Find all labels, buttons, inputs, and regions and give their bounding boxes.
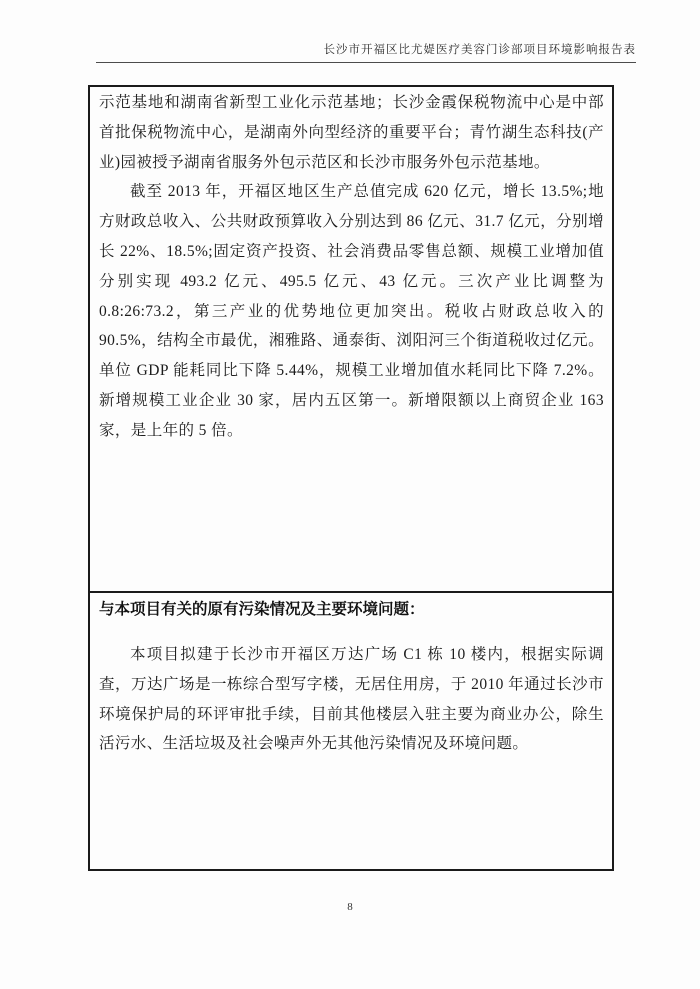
document-title: 长沙市开福区比尤媞医疗美容门诊部项目环境影响报告表 xyxy=(324,44,637,56)
section-existing-pollution-cell: 与本项目有关的原有污染情况及主要环境问题： 本项目拟建于长沙市开福区万达广场 C… xyxy=(90,593,612,869)
regional-overview-paragraph-2: 截至 2013 年，开福区地区生产总值完成 620 亿元，增长 13.5%;地方… xyxy=(99,177,604,445)
page-header: 长沙市开福区比尤媞医疗美容门诊部项目环境影响报告表 xyxy=(96,41,636,63)
regional-overview-paragraph-1: 示范基地和湖南省新型工业化示范基地；长沙金霞保税物流中心是中部首批保税物流中心，… xyxy=(99,88,604,177)
report-page: 长沙市开福区比尤媞医疗美容门诊部项目环境影响报告表 示范基地和湖南省新型工业化示… xyxy=(0,0,700,989)
page-number: 8 xyxy=(0,901,700,913)
existing-pollution-paragraph: 本项目拟建于长沙市开福区万达广场 C1 栋 10 楼内，根据实际调查，万达广场是… xyxy=(99,640,604,759)
existing-pollution-heading: 与本项目有关的原有污染情况及主要环境问题： xyxy=(99,595,604,625)
report-form-table: 示范基地和湖南省新型工业化示范基地；长沙金霞保税物流中心是中部首批保税物流中心，… xyxy=(88,85,614,871)
section-regional-overview-cell: 示范基地和湖南省新型工业化示范基地；长沙金霞保税物流中心是中部首批保税物流中心，… xyxy=(90,87,612,593)
